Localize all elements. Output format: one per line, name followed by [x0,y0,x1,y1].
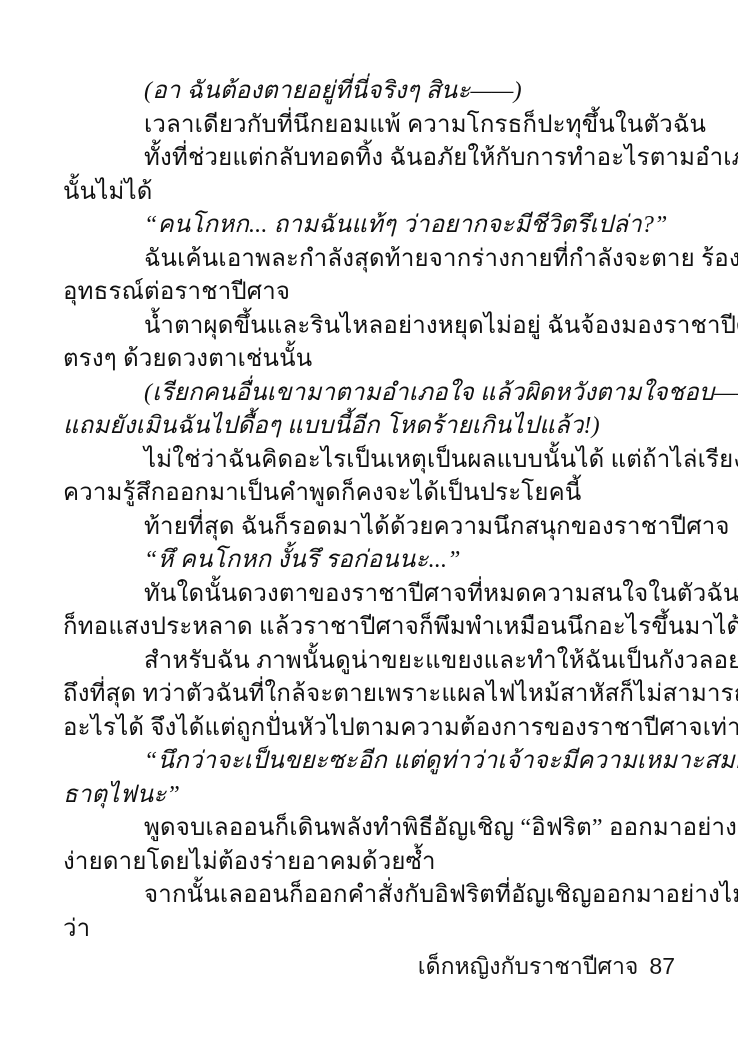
body-text-line: ง่ายดายโดยไม่ต้องร่ายอาคมด้วยซ้ำ [63,846,678,880]
body-text-line: เวลาเดียวกับที่นึกยอมแพ้ ความโกรธก็ปะทุข… [63,109,678,143]
body-text-line: “นึกว่าจะเป็นขยะซะอีก แต่ดูท่าว่าเจ้าจะม… [63,745,678,779]
body-text-line: ความรู้สึกออกมาเป็นคำพูดก็คงจะได้เป็นประ… [63,477,678,511]
body-text-line: น้ำตาผุดขึ้นและรินไหลอย่างหยุดไม่อยู่ ฉั… [63,310,678,344]
page-footer: เด็กหญิงกับราชาปีศาจ87 [418,951,675,981]
body-text-line: “คนโกหก... ถามฉันแท้ๆ ว่าอยากจะมีชีวิตรึ… [63,209,678,243]
body-text-line: นั้นไม่ได้ [63,176,678,210]
body-text-line: ไม่ใช่ว่าฉันคิดอะไรเป็นเหตุเป็นผลแบบนั้น… [63,444,678,478]
body-text-line: อุทธรณ์ต่อราชาปีศาจ [63,276,678,310]
book-page: (อา ฉันต้องตายอยู่ที่นี่จริงๆ สินะ——) เว… [0,0,738,1051]
body-text-line: ตรงๆ ด้วยดวงตาเช่นนั้น [63,343,678,377]
footer-book-title: เด็กหญิงกับราชาปีศาจ [418,953,639,979]
body-text-line: ฉันเค้นเอาพละกำลังสุดท้ายจากร่างกายที่กำ… [63,243,678,277]
body-text-line: ก็ทอแสงประหลาด แล้วราชาปีศาจก็พึมพำเหมือ… [63,611,678,645]
body-text-line: (อา ฉันต้องตายอยู่ที่นี่จริงๆ สินะ——) [63,75,678,109]
body-text-line: ธาตุไฟนะ” [63,779,678,813]
body-text-line: พูดจบเลออนก็เดินพลังทำพิธีอัญเชิญ “อิฟริ… [63,812,678,846]
body-text-line: จากนั้นเลออนก็ออกคำสั่งกับอิฟริตที่อัญเช… [63,879,678,913]
body-text-line: ทันใดนั้นดวงตาของราชาปีศาจที่หมดความสนใจ… [63,578,678,612]
page-text-block: (อา ฉันต้องตายอยู่ที่นี่จริงๆ สินะ——) เว… [63,75,678,946]
body-text-line: (เรียกคนอื่นเขามาตามอำเภอใจ แล้วผิดหวังต… [63,377,678,411]
body-text-line: “หึ คนโกหก งั้นรึ รอก่อนนะ...” [63,544,678,578]
body-text-line: สำหรับฉัน ภาพนั้นดูน่าขยะแขยงและทำให้ฉัน… [63,645,678,679]
body-text-line: ท้ายที่สุด ฉันก็รอดมาได้ด้วยความนึกสนุกข… [63,511,678,545]
body-text-line: แถมยังเมินฉันไปดื้อๆ แบบนี้อีก โหดร้ายเก… [63,410,678,444]
body-text-line: ว่า [63,913,678,947]
footer-page-number: 87 [649,953,675,979]
body-text-line: ทั้งที่ช่วยแต่กลับทอดทิ้ง ฉันอภัยให้กับก… [63,142,678,176]
body-text-line: ถึงที่สุด ทว่าตัวฉันที่ใกล้จะตายเพราะแผล… [63,678,678,712]
body-text-line: อะไรได้ จึงได้แต่ถูกปั่นหัวไปตามความต้อง… [63,712,678,746]
